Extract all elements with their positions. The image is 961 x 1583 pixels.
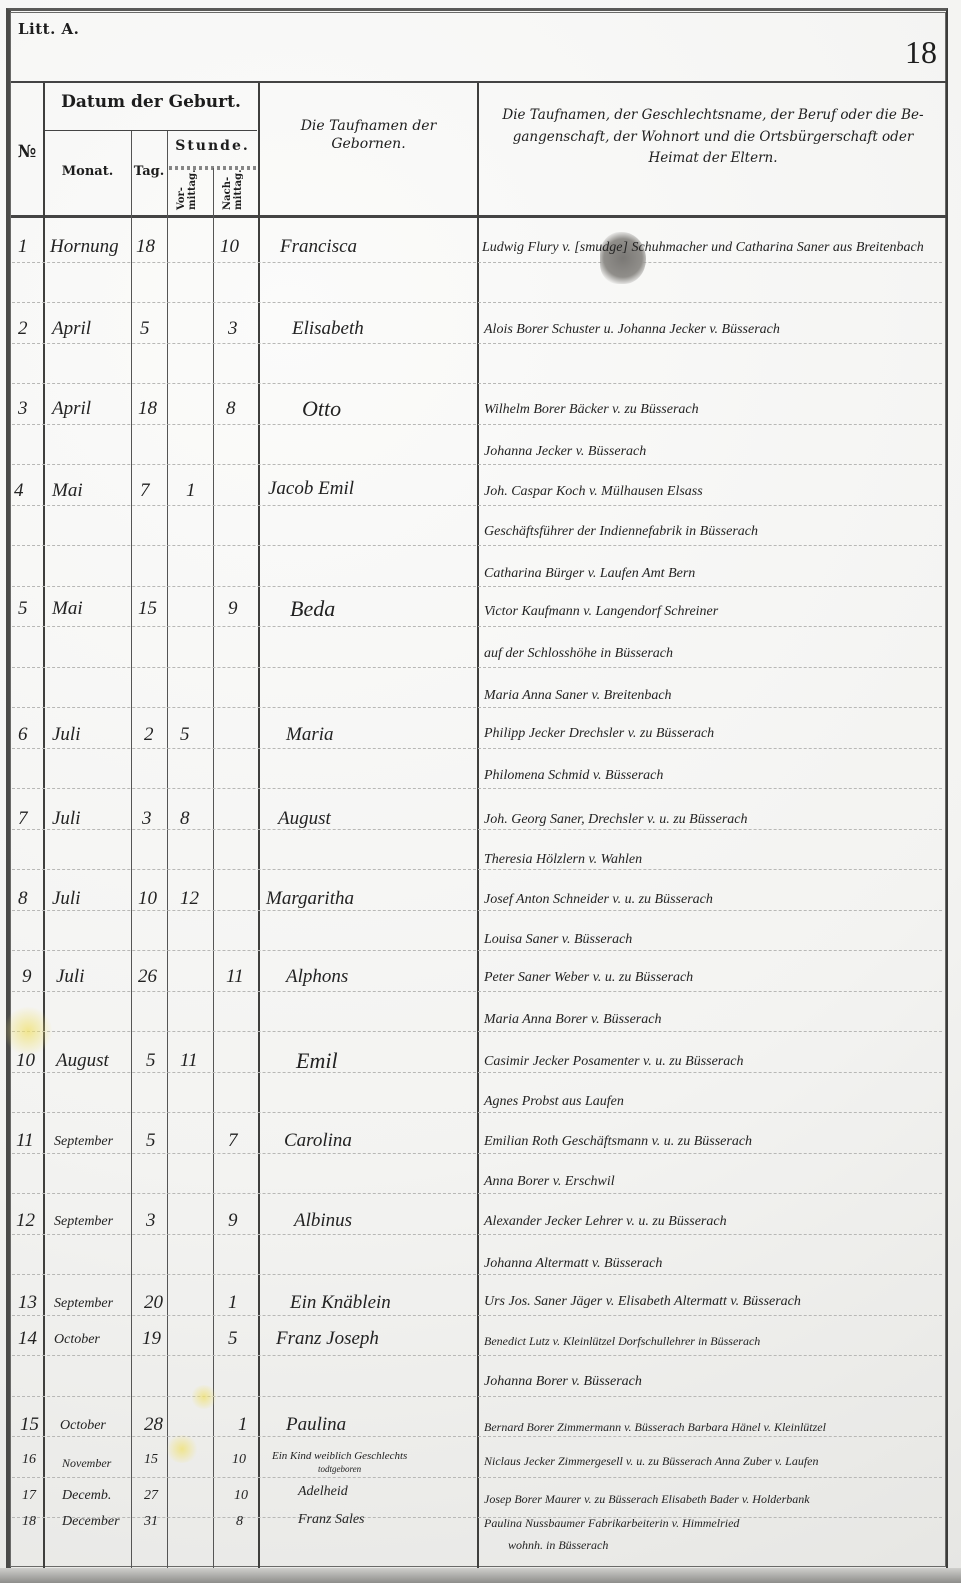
- entry-pm: 5: [228, 1328, 238, 1350]
- entry-no: 10: [16, 1050, 35, 1072]
- entry-day: 20: [144, 1292, 163, 1314]
- entry-name: August: [278, 808, 331, 830]
- entry-name: Jacob Emil: [268, 478, 354, 500]
- entry-name: Franz Joseph: [276, 1328, 379, 1350]
- entry-am: 5: [180, 724, 190, 746]
- page-bottom-edge: [0, 1568, 961, 1583]
- entry-name: Otto: [302, 396, 341, 422]
- entry-no: 5: [18, 598, 28, 620]
- entry-no: 6: [18, 724, 28, 746]
- header-child-names-l1: Die Taufnamen der: [260, 118, 477, 136]
- entry-parents-line: Geschäftsführer der Indiennefabrik in Bü…: [484, 524, 758, 540]
- entry-am: 1: [186, 480, 196, 502]
- entry-no: 15: [20, 1414, 39, 1436]
- entry-no: 3: [18, 398, 28, 420]
- entry-month: September: [54, 1296, 113, 1312]
- entry-day: 28: [144, 1414, 163, 1436]
- entry-parents-line: Josef Anton Schneider v. u. zu Büsserach: [484, 892, 713, 908]
- header-morning-l1: Vor-: [176, 169, 187, 210]
- entry-no: 14: [18, 1328, 37, 1350]
- entry-name: Beda: [290, 596, 335, 622]
- entry-am: 8: [180, 808, 190, 830]
- entry-day: 18: [138, 398, 157, 420]
- entry-name: Elisabeth: [292, 318, 364, 340]
- entry-no: 13: [18, 1292, 37, 1314]
- entry-parents-line: Joh. Caspar Koch v. Mülhausen Elsass: [484, 484, 703, 500]
- entry-day: 5: [146, 1050, 156, 1072]
- entry-day: 19: [142, 1328, 161, 1350]
- entry-pm: 1: [228, 1292, 238, 1314]
- entry-parents-line: Louisa Saner v. Büsserach: [484, 932, 632, 948]
- entry-parents-line: auf der Schlosshöhe in Büsserach: [484, 646, 673, 662]
- header-child-names: Die Taufnamen der Gebornen.: [260, 118, 477, 153]
- entry-month: Juli: [52, 808, 81, 830]
- col-rule-month: [131, 131, 132, 1568]
- entry-parents-line: Philipp Jecker Drechsler v. zu Büsserach: [484, 726, 714, 742]
- entry-month: Juli: [56, 966, 85, 988]
- entry-parents-line: Johanna Altermatt v. Büsserach: [484, 1256, 662, 1272]
- entry-parents-line: Theresia Hölzlern v. Wahlen: [484, 852, 642, 868]
- entry-no: 8: [18, 888, 28, 910]
- entry-day: 5: [146, 1130, 156, 1152]
- col-rule-pm: [258, 83, 260, 1568]
- entry-month: April: [52, 398, 91, 420]
- entry-month: Juli: [52, 888, 81, 910]
- entry-month: August: [56, 1050, 109, 1072]
- entry-day: 31: [144, 1514, 158, 1530]
- entry-day: 2: [144, 724, 154, 746]
- entry-month: Decemb.: [62, 1488, 111, 1504]
- entry-name: Albinus: [294, 1210, 352, 1232]
- entry-parents-line: Maria Anna Borer v. Büsserach: [484, 1012, 661, 1028]
- header-morning: Vor- mittag.: [176, 169, 198, 210]
- entry-name: Francisca: [280, 236, 357, 258]
- entry-pm: 10: [232, 1452, 246, 1468]
- entry-pm: 8: [226, 398, 236, 420]
- entry-name: Paulina: [286, 1414, 346, 1436]
- header-child-names-l2: Gebornen.: [260, 136, 477, 154]
- header-parents-l3: Heimat der Eltern.: [480, 148, 946, 170]
- entry-parents-line: Anna Borer v. Erschwil: [484, 1174, 615, 1190]
- entry-day: 18: [136, 236, 155, 258]
- entry-pm: 3: [228, 318, 238, 340]
- header-parents-l2: gangenschaft, der Wohnort und die Ortsbü…: [480, 127, 946, 149]
- col-rule-names: [477, 83, 479, 1568]
- entry-month: Mai: [52, 480, 83, 502]
- header-afternoon-l2: mittag.: [233, 169, 244, 210]
- entry-name-note: todtgeboren: [318, 1464, 361, 1474]
- entry-parents-line: Johanna Jecker v. Büsserach: [484, 444, 646, 460]
- entry-am: 11: [180, 1050, 198, 1072]
- entry-no: 18: [22, 1514, 36, 1530]
- entry-month: Juli: [52, 724, 81, 746]
- entry-month: September: [54, 1134, 113, 1150]
- yellow-stain: [190, 1385, 218, 1409]
- entry-pm: 11: [226, 966, 244, 988]
- entry-name: Adelheid: [298, 1484, 348, 1500]
- entry-month: Mai: [52, 598, 83, 620]
- register-page: Litt. A. 18 № Datum der Geburt. Monat. T…: [0, 0, 961, 1583]
- entry-parents-line: Alexander Jecker Lehrer v. u. zu Büssera…: [484, 1214, 727, 1230]
- entry-no: 9: [22, 966, 32, 988]
- entry-no: 2: [18, 318, 28, 340]
- entry-no: 4: [14, 480, 24, 502]
- entry-day: 15: [144, 1452, 158, 1468]
- entry-parents-line: Bernard Borer Zimmermann v. Büsserach Ba…: [484, 1420, 826, 1435]
- header-afternoon: Nach- mittag.: [222, 169, 244, 210]
- col-rule-no: [43, 83, 45, 1568]
- entry-no: 12: [16, 1210, 35, 1232]
- entry-day: 3: [142, 808, 152, 830]
- entry-parents-line: Paulina Nussbaumer Fabrikarbeiterin v. H…: [484, 1516, 739, 1531]
- entry-name: Emil: [296, 1048, 338, 1074]
- entry-parents-line: Ludwig Flury v. [smudge] Schuhmacher und…: [482, 240, 924, 256]
- entry-parents-line: Johanna Borer v. Büsserach: [484, 1374, 642, 1390]
- entry-no: 11: [16, 1130, 34, 1152]
- header-morning-l2: mittag.: [187, 169, 198, 210]
- entry-parents-line: Alois Borer Schuster u. Johanna Jecker v…: [484, 322, 780, 338]
- entry-parents-line: Peter Saner Weber v. u. zu Büsserach: [484, 970, 693, 986]
- entry-name: Maria: [286, 724, 334, 746]
- entry-month: April: [52, 318, 91, 340]
- entry-parents-line: Emilian Roth Geschäftsmann v. u. zu Büss…: [484, 1134, 752, 1150]
- corner-label: Litt. A.: [18, 20, 79, 38]
- entry-day: 26: [138, 966, 157, 988]
- entry-parents-line: Casimir Jecker Posamenter v. u. zu Büsse…: [484, 1054, 743, 1070]
- header-parents: Die Taufnamen, der Geschlechtsname, der …: [480, 105, 946, 170]
- entry-day: 5: [140, 318, 150, 340]
- entry-name: Alphons: [286, 966, 348, 988]
- entry-day: 15: [138, 598, 157, 620]
- entry-parents-line: Agnes Probst aus Laufen: [484, 1094, 624, 1110]
- col-rule-day: [167, 131, 168, 1568]
- header-afternoon-l1: Nach-: [222, 169, 233, 210]
- entry-pm: 10: [234, 1488, 248, 1504]
- entry-name: Franz Sales: [298, 1512, 365, 1528]
- page-number: 18: [905, 34, 937, 71]
- entry-parents-line: Josep Borer Maurer v. zu Büsserach Elisa…: [484, 1492, 810, 1507]
- entry-month: October: [54, 1332, 100, 1348]
- entry-month: October: [60, 1418, 106, 1434]
- header-no: №: [11, 142, 43, 163]
- header-hour: Stunde.: [167, 138, 258, 156]
- entry-day: 27: [144, 1488, 158, 1504]
- entry-parents-line: Maria Anna Saner v. Breitenbach: [484, 688, 672, 704]
- entry-pm: 10: [220, 236, 239, 258]
- entry-no: 1: [18, 236, 28, 258]
- entry-parents-line: Joh. Georg Saner, Drechsler v. u. zu Büs…: [484, 812, 748, 828]
- yellow-stain: [165, 1435, 199, 1463]
- entry-parents-line: wohnh. in Büsserach: [508, 1538, 608, 1553]
- entry-no: 17: [22, 1488, 36, 1504]
- entry-parents-line: Victor Kaufmann v. Langendorf Schreiner: [484, 604, 718, 620]
- entry-pm: 9: [228, 598, 238, 620]
- entry-name: Ein Knäblein: [290, 1292, 391, 1314]
- entry-pm: 7: [228, 1130, 238, 1152]
- entry-month: November: [62, 1456, 111, 1471]
- header-date-of-birth: Datum der Geburt.: [44, 92, 258, 113]
- entry-name: Ein Kind weiblich Geschlechts: [272, 1450, 407, 1462]
- entry-pm: 9: [228, 1210, 238, 1232]
- entry-pm: 8: [236, 1514, 243, 1530]
- entry-month: September: [54, 1214, 113, 1230]
- entry-name: Carolina: [284, 1130, 352, 1152]
- entry-parents-line: Philomena Schmid v. Büsserach: [484, 768, 663, 784]
- entry-day: 10: [138, 888, 157, 910]
- entry-parents-line: Benedict Lutz v. Kleinlützel Dorfschulle…: [484, 1334, 760, 1349]
- col-rule-am: [213, 168, 214, 1568]
- entry-no: 7: [18, 808, 28, 830]
- entry-month: December: [62, 1514, 120, 1530]
- entry-parents-line: Urs Jos. Saner Jäger v. Elisabeth Alterm…: [484, 1294, 801, 1310]
- entry-name: Margaritha: [266, 888, 354, 910]
- entry-month: Hornung: [50, 236, 119, 258]
- entry-parents-line: Catharina Bürger v. Laufen Amt Bern: [484, 566, 695, 582]
- entry-am: 12: [180, 888, 199, 910]
- entry-parents-line: Wilhelm Borer Bäcker v. zu Büsserach: [484, 402, 699, 418]
- header-month: Monat.: [44, 164, 131, 180]
- entry-parents-line: Niclaus Jecker Zimmergesell v. u. zu Büs…: [484, 1454, 819, 1469]
- date-group-rule: [44, 130, 257, 131]
- header-parents-l1: Die Taufnamen, der Geschlechtsname, der …: [480, 105, 946, 127]
- entry-no: 16: [22, 1452, 36, 1468]
- entry-day: 3: [146, 1210, 156, 1232]
- entry-day: 7: [140, 480, 150, 502]
- header-day: Tag.: [131, 164, 167, 180]
- entry-pm: 1: [238, 1414, 248, 1436]
